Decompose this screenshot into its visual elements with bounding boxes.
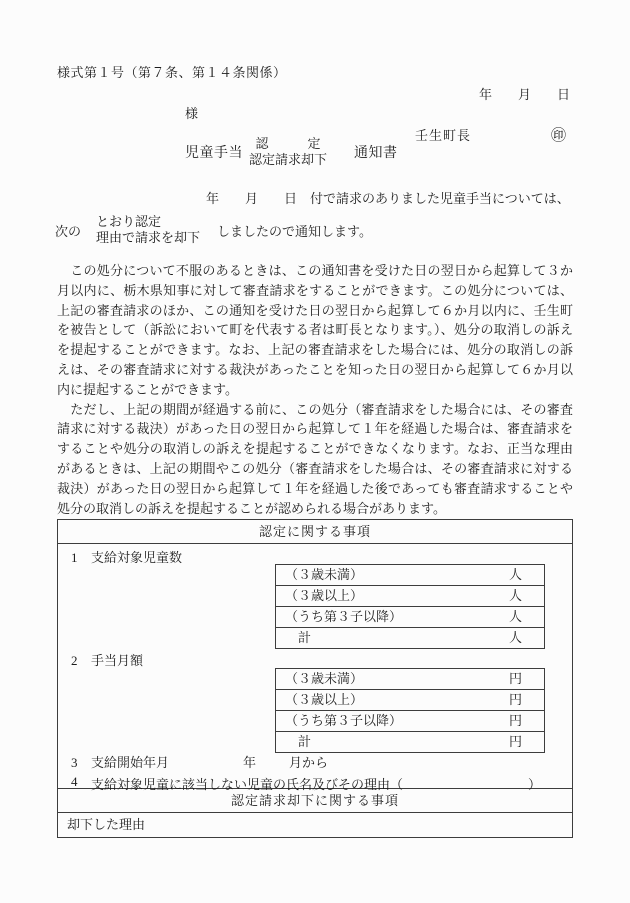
row-label: 計 — [285, 628, 311, 648]
issuer-name: 壬生町長 — [415, 125, 471, 144]
item3-label: 支給開始年月 — [91, 755, 169, 770]
issue-date-blank: 年 月 日 — [479, 84, 570, 103]
table-row: （うち第３子以降）円 — [276, 711, 544, 732]
row-label: （うち第３子以降） — [285, 711, 402, 731]
item2-label: 手当月額 — [91, 653, 143, 668]
rejection-reason-row: 却下した理由 — [58, 813, 572, 837]
item3-month-suffix: 月から — [289, 755, 328, 770]
title-option-stack: 認 定認定請求却下 — [248, 136, 328, 168]
table-row: （３歳以上）円 — [276, 690, 544, 711]
form-number: 様式第１号（第７条、第１４条関係） — [57, 62, 287, 81]
approval-section-header: 認定に関する事項 — [58, 520, 572, 544]
item-child-count: 1支給対象児童数 — [71, 547, 182, 566]
table-row: 計人 — [276, 628, 544, 648]
item4-close-paren: ） — [528, 774, 541, 793]
table-row: （３歳未満）人 — [276, 565, 544, 586]
table-row: （３歳以上）人 — [276, 586, 544, 607]
title-option-rejection: 認定請求却下 — [248, 152, 328, 168]
row-label: （３歳未満） — [285, 565, 363, 585]
row-unit: 円 — [509, 690, 522, 710]
row-label: （３歳以上） — [285, 586, 363, 606]
intro-option-approval: とおり認定 — [96, 214, 200, 231]
row-label: 計 — [285, 732, 311, 752]
title-suffix: 通知書 — [354, 142, 398, 162]
row-unit: 円 — [509, 711, 522, 731]
intro-lead: 次の — [55, 221, 81, 240]
document-page: 様式第１号（第７条、第１４条関係） 年 月 日 様 壬生町長 ㊞ 児童手当 認 … — [0, 0, 630, 903]
row-unit: 人 — [509, 607, 522, 627]
details-table: 認定に関する事項 1支給対象児童数 （３歳未満）人 （３歳以上）人 （うち第３子… — [57, 519, 573, 838]
document-title: 児童手当 認 定認定請求却下 通知書 — [185, 134, 398, 170]
item4-blank — [403, 774, 528, 793]
appeal-instructions: この処分について不服のあるときは、この通知書を受けた日の翌日から起算して３か月以… — [57, 261, 573, 518]
appeal-paragraph-1: この処分について不服のあるときは、この通知書を受けた日の翌日から起算して３か月以… — [57, 261, 573, 400]
row-unit: 人 — [509, 628, 522, 648]
item1-label: 支給対象児童数 — [91, 550, 182, 565]
item2-number: 2 — [71, 653, 91, 669]
row-unit: 人 — [509, 565, 522, 585]
item-monthly-amount: 2手当月額 — [71, 650, 143, 669]
table-row: 計円 — [276, 732, 544, 752]
row-label: （３歳以上） — [285, 690, 363, 710]
monthly-amount-table: （３歳未満）円 （３歳以上）円 （うち第３子以降）円 計円 — [275, 668, 545, 753]
table-row: （３歳未満）円 — [276, 669, 544, 690]
table-row: （うち第３子以降）人 — [276, 607, 544, 628]
child-count-table: （３歳未満）人 （３歳以上）人 （うち第３子以降）人 計人 — [275, 564, 545, 649]
item-payment-start: 3支給開始年月年月から — [71, 752, 328, 771]
intro-tail: しましたので通知します。 — [217, 221, 372, 240]
intro-option-stack: とおり認定理由で請求を却下 — [96, 214, 200, 247]
item4-label: 支給対象児童に該当しない児童の氏名及びその理由（ — [91, 774, 403, 793]
item1-number: 1 — [71, 550, 91, 566]
row-unit: 円 — [509, 732, 522, 752]
request-date-line: 年 月 日 付で請求のありました児童手当については、 — [206, 188, 570, 207]
row-label: （うち第３子以降） — [285, 607, 402, 627]
row-unit: 円 — [509, 669, 522, 689]
item3-year-suffix: 年 — [243, 755, 256, 770]
row-unit: 人 — [509, 586, 522, 606]
seal-mark-icon: ㊞ — [551, 124, 566, 145]
row-label: （３歳未満） — [285, 669, 363, 689]
appeal-paragraph-2: ただし、上記の期間が経過する前に、この処分（審査請求をした場合には、その審査請求… — [57, 400, 573, 519]
addressee-suffix: 様 — [185, 103, 198, 122]
notification-sentence: 次の とおり認定理由で請求を却下 しましたので通知します。 — [55, 211, 372, 249]
item4-number: 4 — [71, 774, 91, 793]
title-prefix: 児童手当 — [185, 142, 243, 162]
title-option-approval: 認 定 — [248, 136, 328, 152]
item-excluded-children: 4支給対象児童に該当しない児童の氏名及びその理由（） — [71, 774, 554, 793]
intro-option-rejection: 理由で請求を却下 — [96, 230, 200, 247]
item3-number: 3 — [71, 755, 91, 771]
approval-section-body: 1支給対象児童数 （３歳未満）人 （３歳以上）人 （うち第３子以降）人 計人 2… — [58, 544, 572, 788]
